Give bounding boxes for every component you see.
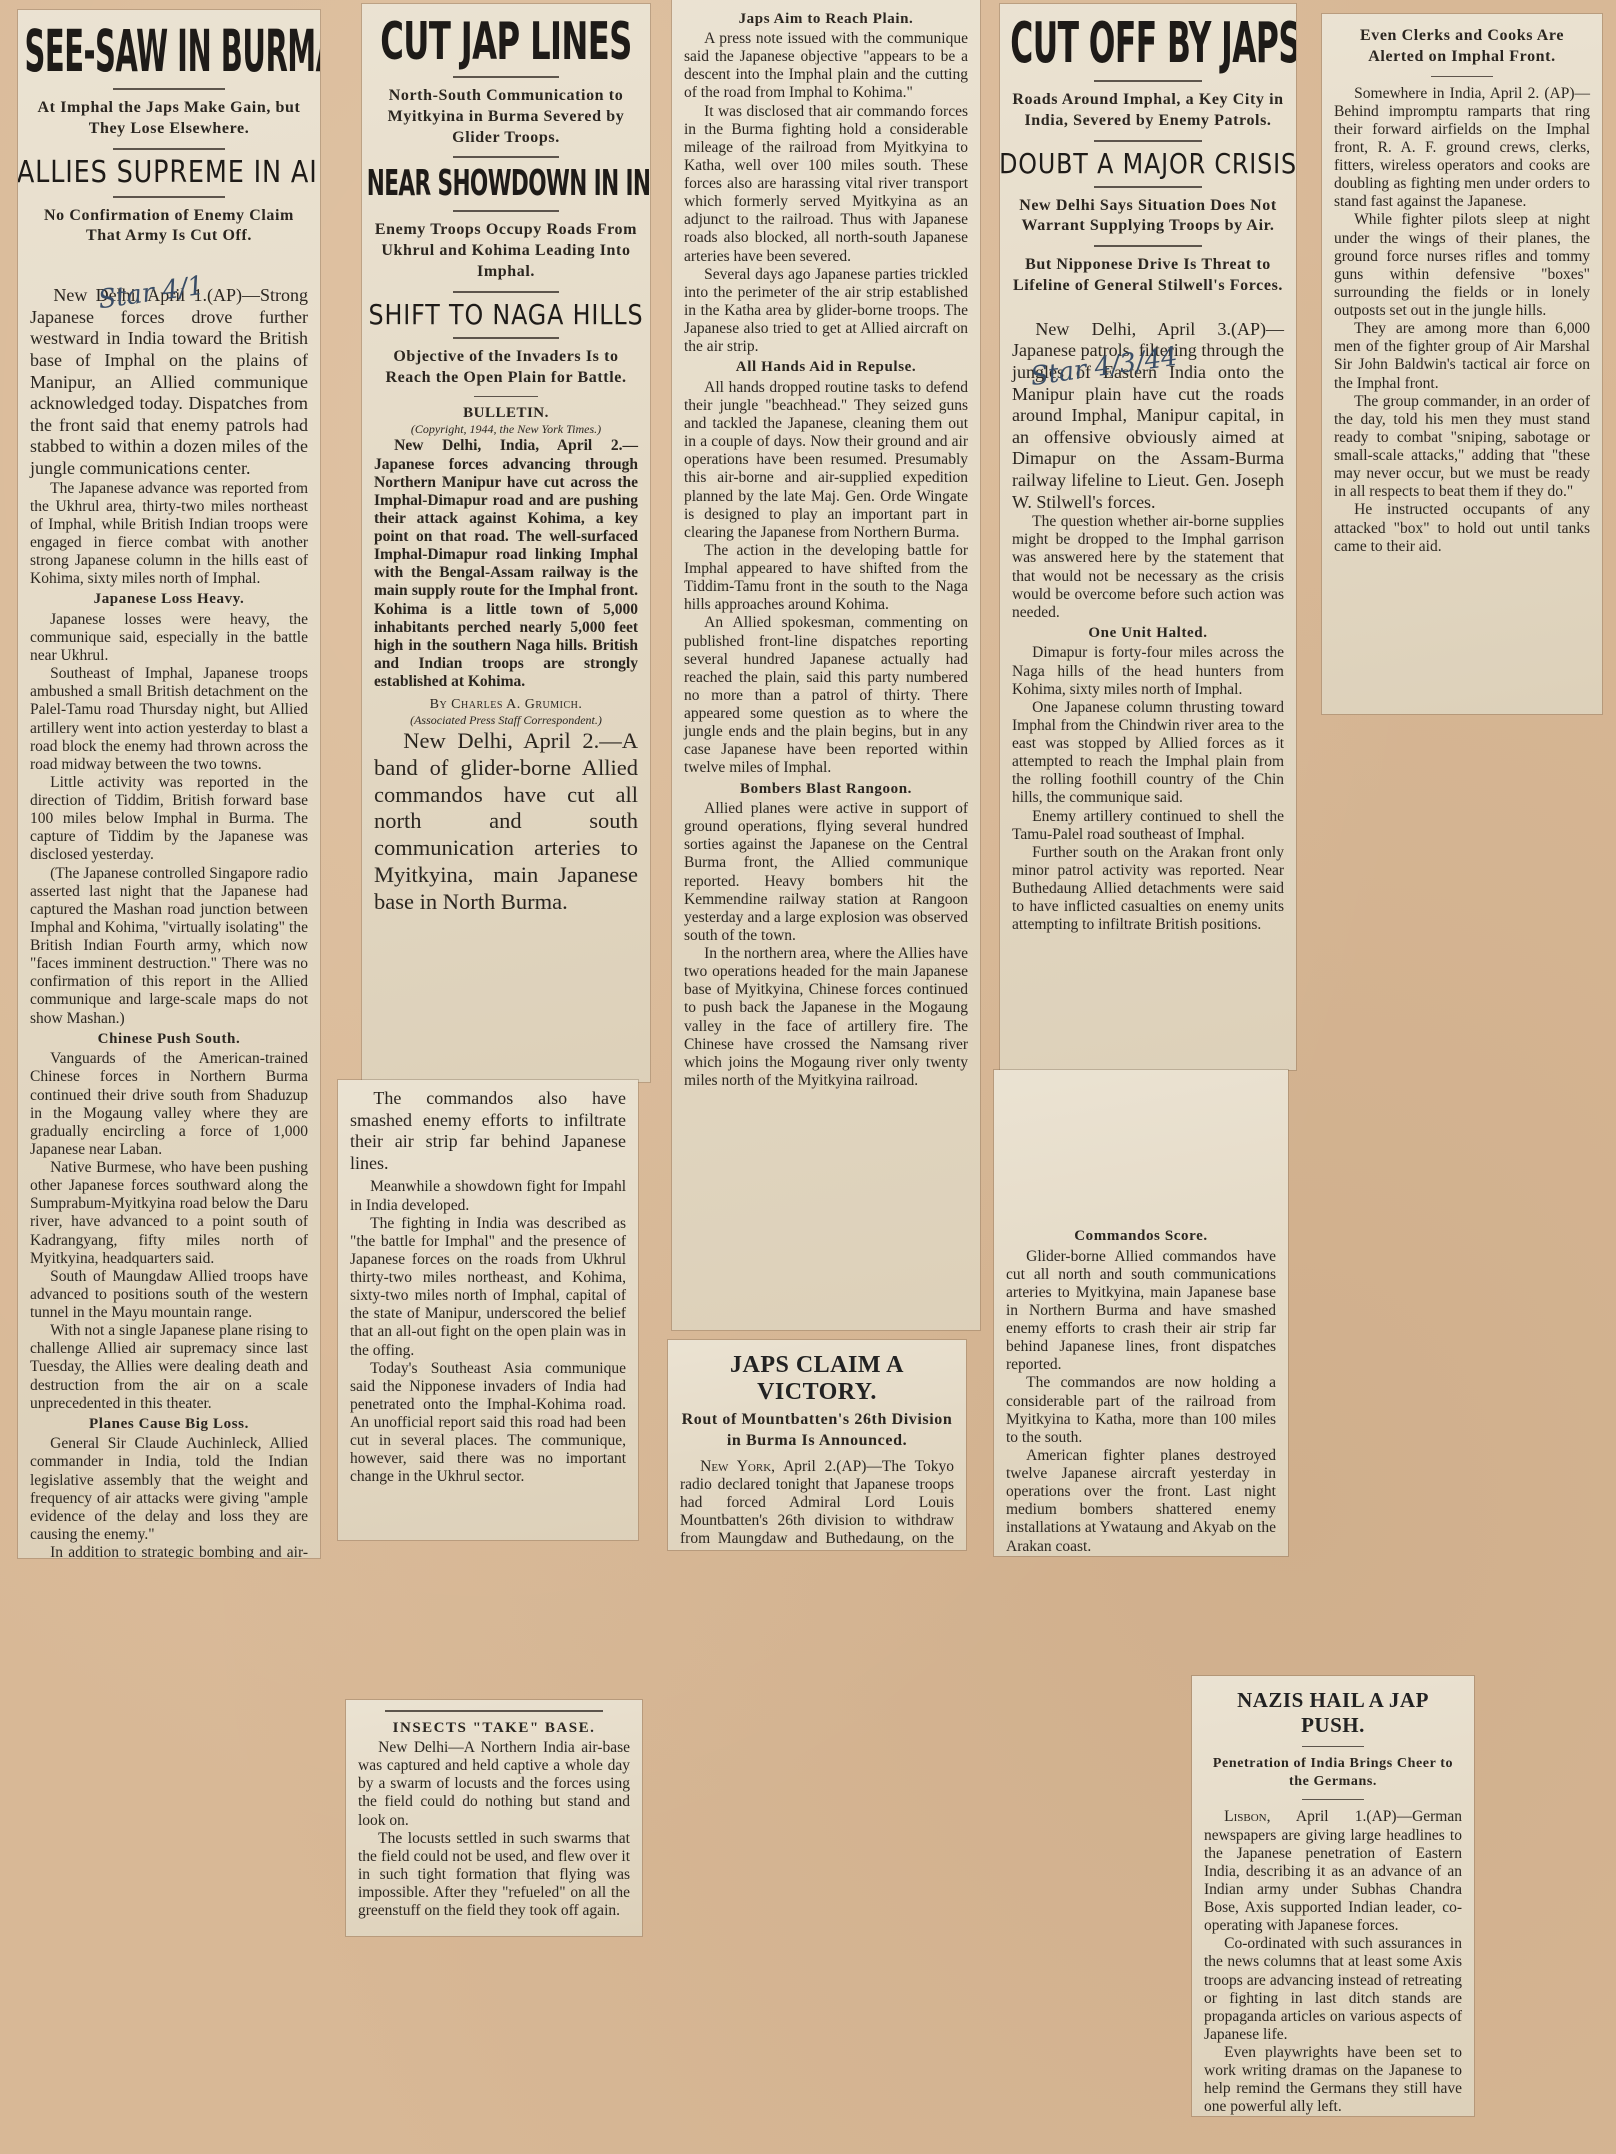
headline: SEE-SAW IN BURMA <box>25 22 314 80</box>
rule <box>113 88 224 90</box>
subhead: Bombers Blast Rangoon. <box>684 781 968 799</box>
deck: Penetration of India Brings Cheer to the… <box>1204 1755 1462 1791</box>
article-body: The Japanese advance was reported from t… <box>30 480 308 1558</box>
paragraph: The Japanese advance was reported from t… <box>30 480 308 589</box>
rule <box>385 1710 603 1712</box>
paragraph: In addition to strategic bombing and air… <box>30 1544 308 1558</box>
paragraph: Japanese losses were heavy, the communiq… <box>30 611 308 665</box>
paragraph: One Japanese column thrusting toward Imp… <box>1012 699 1284 808</box>
subhead: Japs Aim to Reach Plain. <box>684 11 968 28</box>
subhead: Chinese Push South. <box>30 1031 308 1049</box>
lead-paragraph: New Delhi, April 2.—A band of glider-bor… <box>374 728 638 915</box>
rule <box>453 156 559 158</box>
deck: New Delhi Says Situation Does Not Warran… <box>1012 196 1284 238</box>
article-body: Somewhere in India, April 2. (AP)—Behind… <box>1334 85 1590 556</box>
byline-credit: (Associated Press Staff Correspondent.) <box>374 713 638 728</box>
headline-secondary: NEAR SHOWDOWN IN INDIA <box>367 166 645 202</box>
paragraph: He instructed occupants of any attacked … <box>1334 501 1590 555</box>
paragraph: The fighting in India was described as "… <box>350 1215 626 1360</box>
paragraph: Today's Southeast Asia communique said t… <box>350 1360 626 1487</box>
headline: NAZIS HAIL A JAP PUSH. <box>1204 1688 1462 1738</box>
headline: JAPS CLAIM A VICTORY. <box>680 1352 954 1406</box>
paragraph: The action in the developing battle for … <box>684 542 968 615</box>
rule <box>453 210 559 212</box>
deck: Roads Around Imphal, a Key City in India… <box>1012 90 1284 132</box>
deck: No Confirmation of Enemy Claim That Army… <box>30 206 308 248</box>
article-body: New Delhi, April 1.(AP)—Strong Japanese … <box>30 285 308 479</box>
paragraph: American fighter planes destroyed twelve… <box>1006 1447 1276 1556</box>
clipping-cut-jap-lines: CUT JAP LINES North-South Communication … <box>362 4 650 1082</box>
article-body: The commandos also have smashed enemy ef… <box>350 1088 626 1174</box>
byline: By Charles A. Grumich. <box>374 697 638 713</box>
paragraph: The locusts settled in such swarms that … <box>358 1830 630 1921</box>
paragraph: New York, April 2.(AP)—The Tokyo radio d… <box>680 1458 954 1550</box>
clipping-insects-take-base: INSECTS "TAKE" BASE. New Delhi—A Norther… <box>346 1700 642 1936</box>
headline: INSECTS "TAKE" BASE. <box>358 1720 630 1737</box>
rule <box>1094 186 1203 188</box>
paragraph: The question whether air-borne supplies … <box>1012 513 1284 622</box>
deck: Objective of the Invaders Is to Reach th… <box>374 347 638 389</box>
rule <box>113 196 224 198</box>
deck: North-South Communication to Myitkyina i… <box>374 86 638 148</box>
paragraph: With not a single Japanese plane rising … <box>30 1322 308 1413</box>
clipping-cut-off-continued: Commandos Score. Glider-borne Allied com… <box>994 1070 1288 1556</box>
rule <box>453 291 559 293</box>
paragraph: Several days ago Japanese parties trickl… <box>684 266 968 357</box>
paragraph: New Delhi—A Northern India air-base was … <box>358 1739 630 1830</box>
paragraph: (The Japanese controlled Singapore radio… <box>30 865 308 1028</box>
clipping-nazis-hail-jap-push: NAZIS HAIL A JAP PUSH. Penetration of In… <box>1192 1676 1474 2116</box>
article-body: The question whether air-borne supplies … <box>1012 513 1284 934</box>
rule <box>474 396 537 397</box>
bulletin-body: New Delhi, India, April 2.—Japanese forc… <box>374 437 638 691</box>
paragraph: While fighter pilots sleep at night unde… <box>1334 211 1590 320</box>
paragraph: New Delhi, April 1.(AP)—Strong Japanese … <box>30 285 308 479</box>
paragraph: The group commander, in an order of the … <box>1334 393 1590 502</box>
subhead: One Unit Halted. <box>1012 625 1284 643</box>
headline-secondary: ALLIES SUPREME IN AIR <box>18 158 320 188</box>
paragraph: The commandos also have smashed enemy ef… <box>350 1088 626 1174</box>
paragraph: Lisbon, April 1.(AP)—German newspapers a… <box>1204 1808 1462 1935</box>
rule <box>453 337 559 339</box>
rule <box>113 148 224 150</box>
article-body: Meanwhile a showdown fight for Impahl in… <box>350 1178 626 1486</box>
rule <box>1094 80 1203 82</box>
clipping-see-saw-in-burma: SEE-SAW IN BURMA At Imphal the Japs Make… <box>18 10 320 1558</box>
article-body: A press note issued with the communique … <box>684 30 968 1090</box>
paragraph: The commandos are now holding a consider… <box>1006 1374 1276 1447</box>
rule <box>1431 76 1492 77</box>
subhead: Planes Cause Big Loss. <box>30 1416 308 1434</box>
paragraph: A press note issued with the communique … <box>684 30 968 103</box>
headline: CUT OFF BY JAPS <box>1010 16 1286 72</box>
headline: CUT JAP LINES <box>375 16 638 68</box>
article-body: New York, April 2.(AP)—The Tokyo radio d… <box>680 1458 954 1550</box>
rule <box>1094 140 1203 142</box>
article-body: Lisbon, April 1.(AP)—German newspapers a… <box>1204 1808 1462 2116</box>
paragraph: Even playwrights have been set to work w… <box>1204 2044 1462 2116</box>
paragraph: General Sir Claude Auchinleck, Allied co… <box>30 1435 308 1544</box>
rule <box>453 76 559 78</box>
paragraph: Glider-borne Allied commandos have cut a… <box>1006 1248 1276 1375</box>
paragraph: They are among more than 6,000 men of th… <box>1334 320 1590 393</box>
paragraph: Allied planes were active in support of … <box>684 800 968 945</box>
clipping-cut-off-by-japs: CUT OFF BY JAPS Roads Around Imphal, a K… <box>1000 4 1296 1070</box>
rule <box>1094 245 1203 247</box>
headline-tertiary: SHIFT TO NAGA HILLS <box>362 301 650 329</box>
paragraph: New Delhi, India, April 2.—Japanese forc… <box>374 437 638 691</box>
paragraph: Somewhere in India, April 2. (AP)—Behind… <box>1334 85 1590 212</box>
headline: Even Clerks and Cooks Are Alerted on Imp… <box>1334 26 1590 68</box>
deck: But Nipponese Drive Is Threat to Lifelin… <box>1012 255 1284 297</box>
article-body: Commandos Score. Glider-borne Allied com… <box>1006 1228 1276 1556</box>
paragraph: All hands dropped routine tasks to defen… <box>684 379 968 542</box>
paragraph: In the northern area, where the Allies h… <box>684 945 968 1090</box>
subhead: Commandos Score. <box>1006 1228 1276 1246</box>
deck: At Imphal the Japs Make Gain, but They L… <box>30 98 308 140</box>
paragraph: South of Maungdaw Allied troops have adv… <box>30 1268 308 1322</box>
rule <box>1302 1799 1364 1800</box>
article-body: New Delhi—A Northern India air-base was … <box>358 1739 630 1920</box>
paragraph: Little activity was reported in the dire… <box>30 774 308 865</box>
paragraph: Southeast of Imphal, Japanese troops amb… <box>30 665 308 774</box>
headline-secondary: DOUBT A MAJOR CRISIS <box>1000 150 1296 178</box>
deck: Rout of Mountbatten's 26th Division in B… <box>680 1410 954 1452</box>
clipping-even-clerks-and-cooks: Even Clerks and Cooks Are Alerted on Imp… <box>1322 14 1602 714</box>
subhead: Japanese Loss Heavy. <box>30 591 308 609</box>
paragraph: Native Burmese, who have been pushing ot… <box>30 1159 308 1268</box>
copyright-line: (Copyright, 1944, the New York Times.) <box>374 422 638 437</box>
paragraph: An Allied spokesman, commenting on publi… <box>684 614 968 777</box>
subhead: All Hands Aid in Repulse. <box>684 359 968 377</box>
deck: Enemy Troops Occupy Roads From Ukhrul an… <box>374 220 638 282</box>
paragraph: New Delhi, April 2.—A band of glider-bor… <box>374 728 638 915</box>
paragraph: It was disclosed that air commando force… <box>684 103 968 266</box>
paragraph: Co-ordinated with such assurances in the… <box>1204 1935 1462 2044</box>
clipping-cut-jap-lines-continued: The commandos also have smashed enemy ef… <box>338 1080 638 1540</box>
paragraph: Further south on the Arakan front only m… <box>1012 844 1284 935</box>
paragraph: Dimapur is forty-four miles across the N… <box>1012 644 1284 698</box>
clipping-japs-claim-victory: JAPS CLAIM A VICTORY. Rout of Mountbatte… <box>668 1340 966 1550</box>
clipping-japs-aim: Japs Aim to Reach Plain. A press note is… <box>672 0 980 1330</box>
bulletin-label: BULLETIN. <box>374 405 638 422</box>
paragraph: Enemy artillery continued to shell the T… <box>1012 808 1284 844</box>
paragraph: Vanguards of the American-trained Chines… <box>30 1050 308 1159</box>
rule <box>1302 1746 1364 1747</box>
paragraph: Meanwhile a showdown fight for Impahl in… <box>350 1178 626 1214</box>
